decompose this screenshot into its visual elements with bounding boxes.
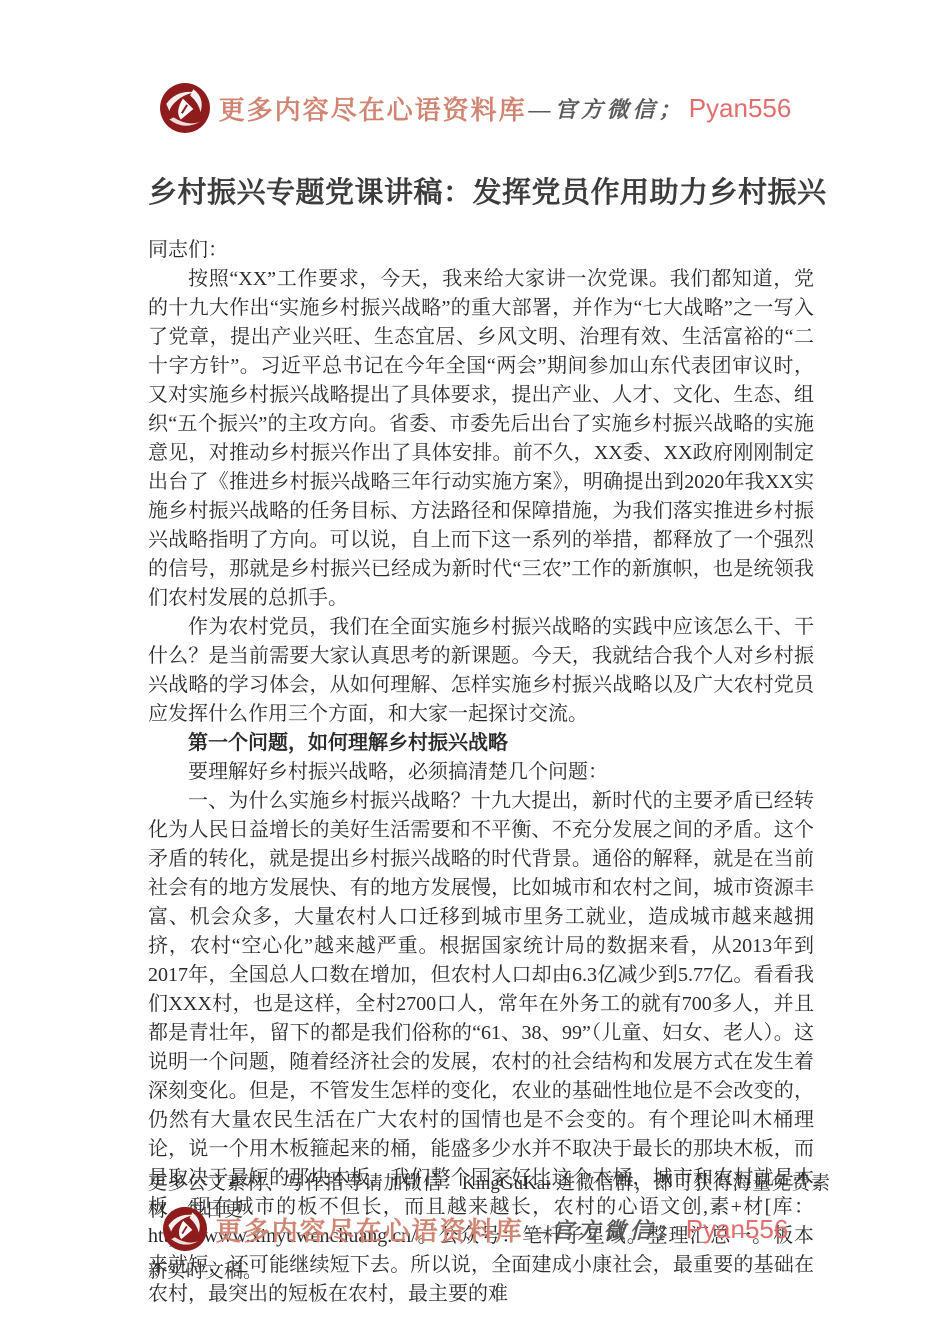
paragraph-salutation: 同志们： <box>148 236 814 265</box>
document-title: 乡村振兴专题党课讲稿：发挥党员作用助力乡村振兴 <box>148 170 820 211</box>
section-heading-first-question: 第一个问题，如何理解乡村振兴战略 <box>148 729 814 758</box>
watermark-wechat-id: Pyan556 <box>689 93 792 124</box>
paragraph-intro: 按照“XX”工作要求，今天，我来给大家讲一次党课。我们都知道，党的十九大作出“实… <box>148 265 814 613</box>
watermark-text-label: —官方微信； <box>529 93 685 124</box>
paragraph-topic: 作为农村党员，我们在全面实施乡村振兴战略的实践中应该怎么干、干什么？是当前需要大… <box>148 613 814 729</box>
watermark-footer: 更多内容尽在心语资料库 —官方微信； Pyan556 <box>0 1206 950 1252</box>
xinyu-pen-logo-icon <box>159 82 211 134</box>
watermark-text-label: —官方微信； <box>526 1214 682 1245</box>
watermark-header: 更多内容尽在心语资料库 —官方微信； Pyan556 <box>0 82 950 134</box>
xinyu-pen-logo-icon <box>162 1206 208 1252</box>
document-page: 更多内容尽在心语资料库 —官方微信； Pyan556 乡村振兴专题党课讲稿：发挥… <box>0 0 950 1344</box>
document-body: 同志们： 按照“XX”工作要求，今天，我来给大家讲一次党课。我们都知道，党的十九… <box>148 236 814 1309</box>
footer-promo-line2: 新实时文稿。 <box>148 1258 830 1285</box>
watermark-wechat-id: Pyan556 <box>686 1214 789 1245</box>
paragraph-lead-in: 要理解好乡村振兴战略，必须搞清楚几个问题： <box>148 758 814 787</box>
watermark-text-main: 更多内容尽在心语资料库 <box>219 90 527 127</box>
watermark-text-main: 更多内容尽在心语资料库 <box>216 1211 524 1248</box>
